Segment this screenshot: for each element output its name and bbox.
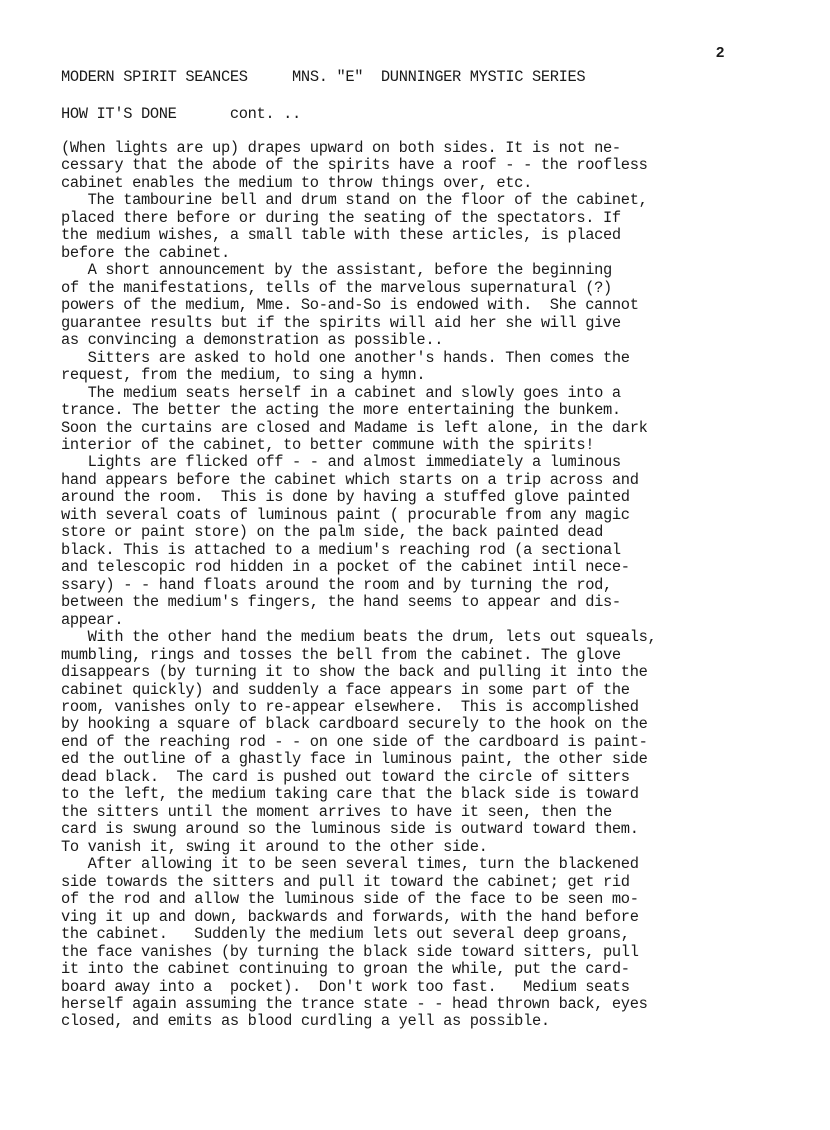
text-line: guarantee results but if the spirits wil… [61, 315, 801, 332]
text-line: Lights are flicked off - - and almost im… [61, 454, 801, 471]
header-title: MODERN SPIRIT SEANCES [61, 68, 248, 86]
text-line: cessary that the abode of the spirits ha… [61, 157, 801, 174]
text-line: A short announcement by the assistant, b… [61, 262, 801, 279]
text-line: store or paint store) on the palm side, … [61, 524, 801, 541]
text-line: ssary) - - hand floats around the room a… [61, 577, 801, 594]
text-line: With the other hand the medium beats the… [61, 629, 801, 646]
document-page: 2 MODERN SPIRIT SEANCES MNS. "E" DUNNING… [0, 0, 830, 1130]
text-line: and telescopic rod hidden in a pocket of… [61, 559, 801, 576]
text-line: Soon the curtains are closed and Madame … [61, 420, 801, 437]
text-line: mumbling, rings and tosses the bell from… [61, 647, 801, 664]
text-line: ving it up and down, backwards and forwa… [61, 909, 801, 926]
text-line: room, vanishes only to re-appear elsewhe… [61, 699, 801, 716]
text-line: between the medium's fingers, the hand s… [61, 594, 801, 611]
text-line: with several coats of luminous paint ( p… [61, 507, 801, 524]
text-line: Sitters are asked to hold one another's … [61, 350, 801, 367]
document-body: (When lights are up) drapes upward on bo… [61, 140, 801, 1031]
text-line: To vanish it, swing it around to the oth… [61, 839, 801, 856]
text-line: to the left, the medium taking care that… [61, 786, 801, 803]
text-line: The medium seats herself in a cabinet an… [61, 385, 801, 402]
text-line: appear. [61, 612, 801, 629]
text-line: disappears (by turning it to show the ba… [61, 664, 801, 681]
text-line: the cabinet. Suddenly the medium lets ou… [61, 926, 801, 943]
text-line: powers of the medium, Mme. So-and-So is … [61, 297, 801, 314]
text-line: The tambourine bell and drum stand on th… [61, 192, 801, 209]
document-header: MODERN SPIRIT SEANCES MNS. "E" DUNNINGER… [61, 68, 585, 86]
text-line: the medium wishes, a small table with th… [61, 227, 801, 244]
section-title: HOW IT'S DONE [61, 105, 177, 123]
text-line: by hooking a square of black cardboard s… [61, 716, 801, 733]
text-line: card is swung around so the luminous sid… [61, 821, 801, 838]
text-line: of the rod and allow the luminous side o… [61, 891, 801, 908]
text-line: herself again assuming the trance state … [61, 996, 801, 1013]
text-line: black. This is attached to a medium's re… [61, 542, 801, 559]
text-line: side towards the sitters and pull it tow… [61, 874, 801, 891]
text-line: closed, and emits as blood curdling a ye… [61, 1013, 801, 1030]
section-gap [177, 105, 230, 123]
text-line: hand appears before the cabinet which st… [61, 472, 801, 489]
text-line: as convincing a demonstration as possibl… [61, 332, 801, 349]
text-line: dead black. The card is pushed out towar… [61, 769, 801, 786]
header-gap [363, 68, 381, 86]
text-line: board away into a pocket). Don't work to… [61, 979, 801, 996]
text-line: placed there before or during the seatin… [61, 210, 801, 227]
page-number: 2 [716, 44, 724, 61]
header-gap [248, 68, 292, 86]
text-line: (When lights are up) drapes upward on bo… [61, 140, 801, 157]
text-line: the sitters until the moment arrives to … [61, 804, 801, 821]
text-line: request, from the medium, to sing a hymn… [61, 367, 801, 384]
text-line: cabinet enables the medium to throw thin… [61, 175, 801, 192]
text-line: end of the reaching rod - - on one side … [61, 734, 801, 751]
text-line: around the room. This is done by having … [61, 489, 801, 506]
section-heading: HOW IT'S DONE cont. .. [61, 105, 301, 123]
section-continuation: cont. .. [230, 105, 301, 123]
header-series: DUNNINGER MYSTIC SERIES [381, 68, 585, 86]
text-line: ed the outline of a ghastly face in lumi… [61, 751, 801, 768]
text-line: After allowing it to be seen several tim… [61, 856, 801, 873]
text-line: it into the cabinet continuing to groan … [61, 961, 801, 978]
text-line: interior of the cabinet, to better commu… [61, 437, 801, 454]
text-line: the face vanishes (by turning the black … [61, 944, 801, 961]
text-line: trance. The better the acting the more e… [61, 402, 801, 419]
text-line: cabinet quickly) and suddenly a face app… [61, 682, 801, 699]
text-line: before the cabinet. [61, 245, 801, 262]
header-manuscript-code: MNS. "E" [292, 68, 363, 86]
text-line: of the manifestations, tells of the marv… [61, 280, 801, 297]
